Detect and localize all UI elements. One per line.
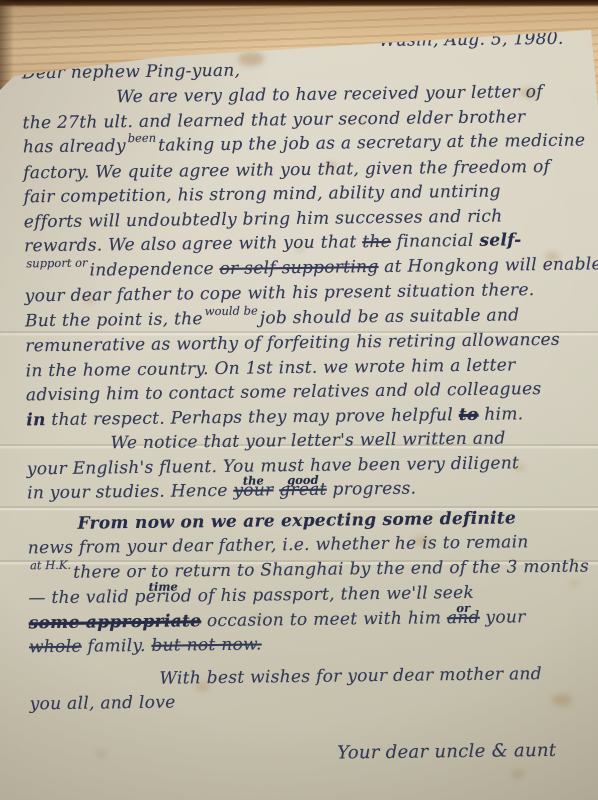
stain [512, 770, 524, 778]
text-segment: remunerative as worthy of forfeiting his… [25, 330, 560, 357]
text-segment: whole [29, 637, 82, 658]
text-segment: some appropriate [29, 611, 202, 633]
text-segment: progress. [327, 479, 417, 500]
text-segment: From now on we are expecting some defini… [77, 508, 516, 533]
text-segment: But the point is, the [25, 309, 203, 331]
text-segment: at Hongkong will enable [378, 254, 598, 277]
text-segment: in [26, 410, 46, 430]
corrected-word: goodgreat [279, 478, 327, 503]
text-segment: taking up the job as a secretary at the … [158, 130, 585, 155]
text-segment: the 27th ult. and learned that your seco… [22, 107, 525, 133]
letter-line: in your studies. Hence theyour goodgreat… [27, 475, 575, 506]
text-segment: advising him to contact some relatives a… [26, 379, 542, 405]
text-segment: occasion to meet with him [201, 608, 447, 631]
text-segment: fair competition, his strong mind, abili… [23, 182, 500, 208]
text-segment: in your studies. Hence [27, 481, 233, 504]
text-segment: independence [89, 258, 219, 280]
table-edge-shadow [0, 0, 598, 7]
text-segment: news from your dear father, i.e. whether… [28, 532, 529, 558]
text-segment: rewards. We also agree with you that [24, 232, 362, 256]
inserted-word: support or [24, 255, 89, 270]
text-segment: has already [23, 136, 126, 157]
text-segment: We are very glad to have received your l… [116, 82, 543, 107]
letter-paper: Wusih, Aug. 5, 1980. Dear nephew Ping-yu… [0, 0, 598, 800]
text-segment: your [480, 607, 526, 628]
text-segment: self- [479, 230, 521, 251]
inserted-word: would be [203, 303, 260, 318]
text-segment: in the home country. On 1st inst. we wro… [26, 355, 516, 381]
text-segment: or self supporting [219, 257, 378, 279]
text-segment: of his passport, then we'll seek [192, 583, 474, 606]
photo-of-letter: { "photo": { "scene": "handwritten lette… [0, 0, 598, 800]
text-segment: family. [82, 636, 152, 657]
inserted-word: at H.K. [28, 557, 73, 572]
letter-line: you all, and love [30, 686, 578, 717]
text-segment: job should be as suitable and [260, 305, 520, 328]
text-segment: him. [478, 404, 523, 425]
text-segment: We notice that your letter's well writte… [110, 428, 505, 453]
letter-body: We are very glad to have received your l… [22, 80, 578, 717]
text-segment: — the valid [28, 587, 134, 608]
text-segment: to [459, 404, 479, 424]
corrected-word: theyour [233, 478, 273, 503]
text-segment: that respect. Perhaps they may prove hel… [46, 405, 459, 430]
text-segment: your English's fluent. You must have bee… [27, 453, 520, 479]
text-segment: efforts will undoubtedly bring him succe… [24, 206, 503, 232]
corrected-word: timeperiod [134, 584, 192, 609]
text-segment: financial [391, 231, 480, 252]
corrected-word: orand [447, 605, 480, 630]
text-segment: With best wishes for your dear mother an… [159, 664, 542, 689]
handwritten-text: Wusih, Aug. 5, 1980. Dear nephew Ping-yu… [0, 26, 598, 769]
letter-signature: Your dear uncle & aunt [30, 738, 578, 769]
inserted-word: been [126, 131, 159, 145]
text-segment: your dear father to cope with his presen… [25, 280, 535, 306]
text-segment: but not now. [151, 634, 261, 655]
text-segment: you all, and love [30, 693, 176, 715]
text-segment: the [362, 232, 391, 252]
